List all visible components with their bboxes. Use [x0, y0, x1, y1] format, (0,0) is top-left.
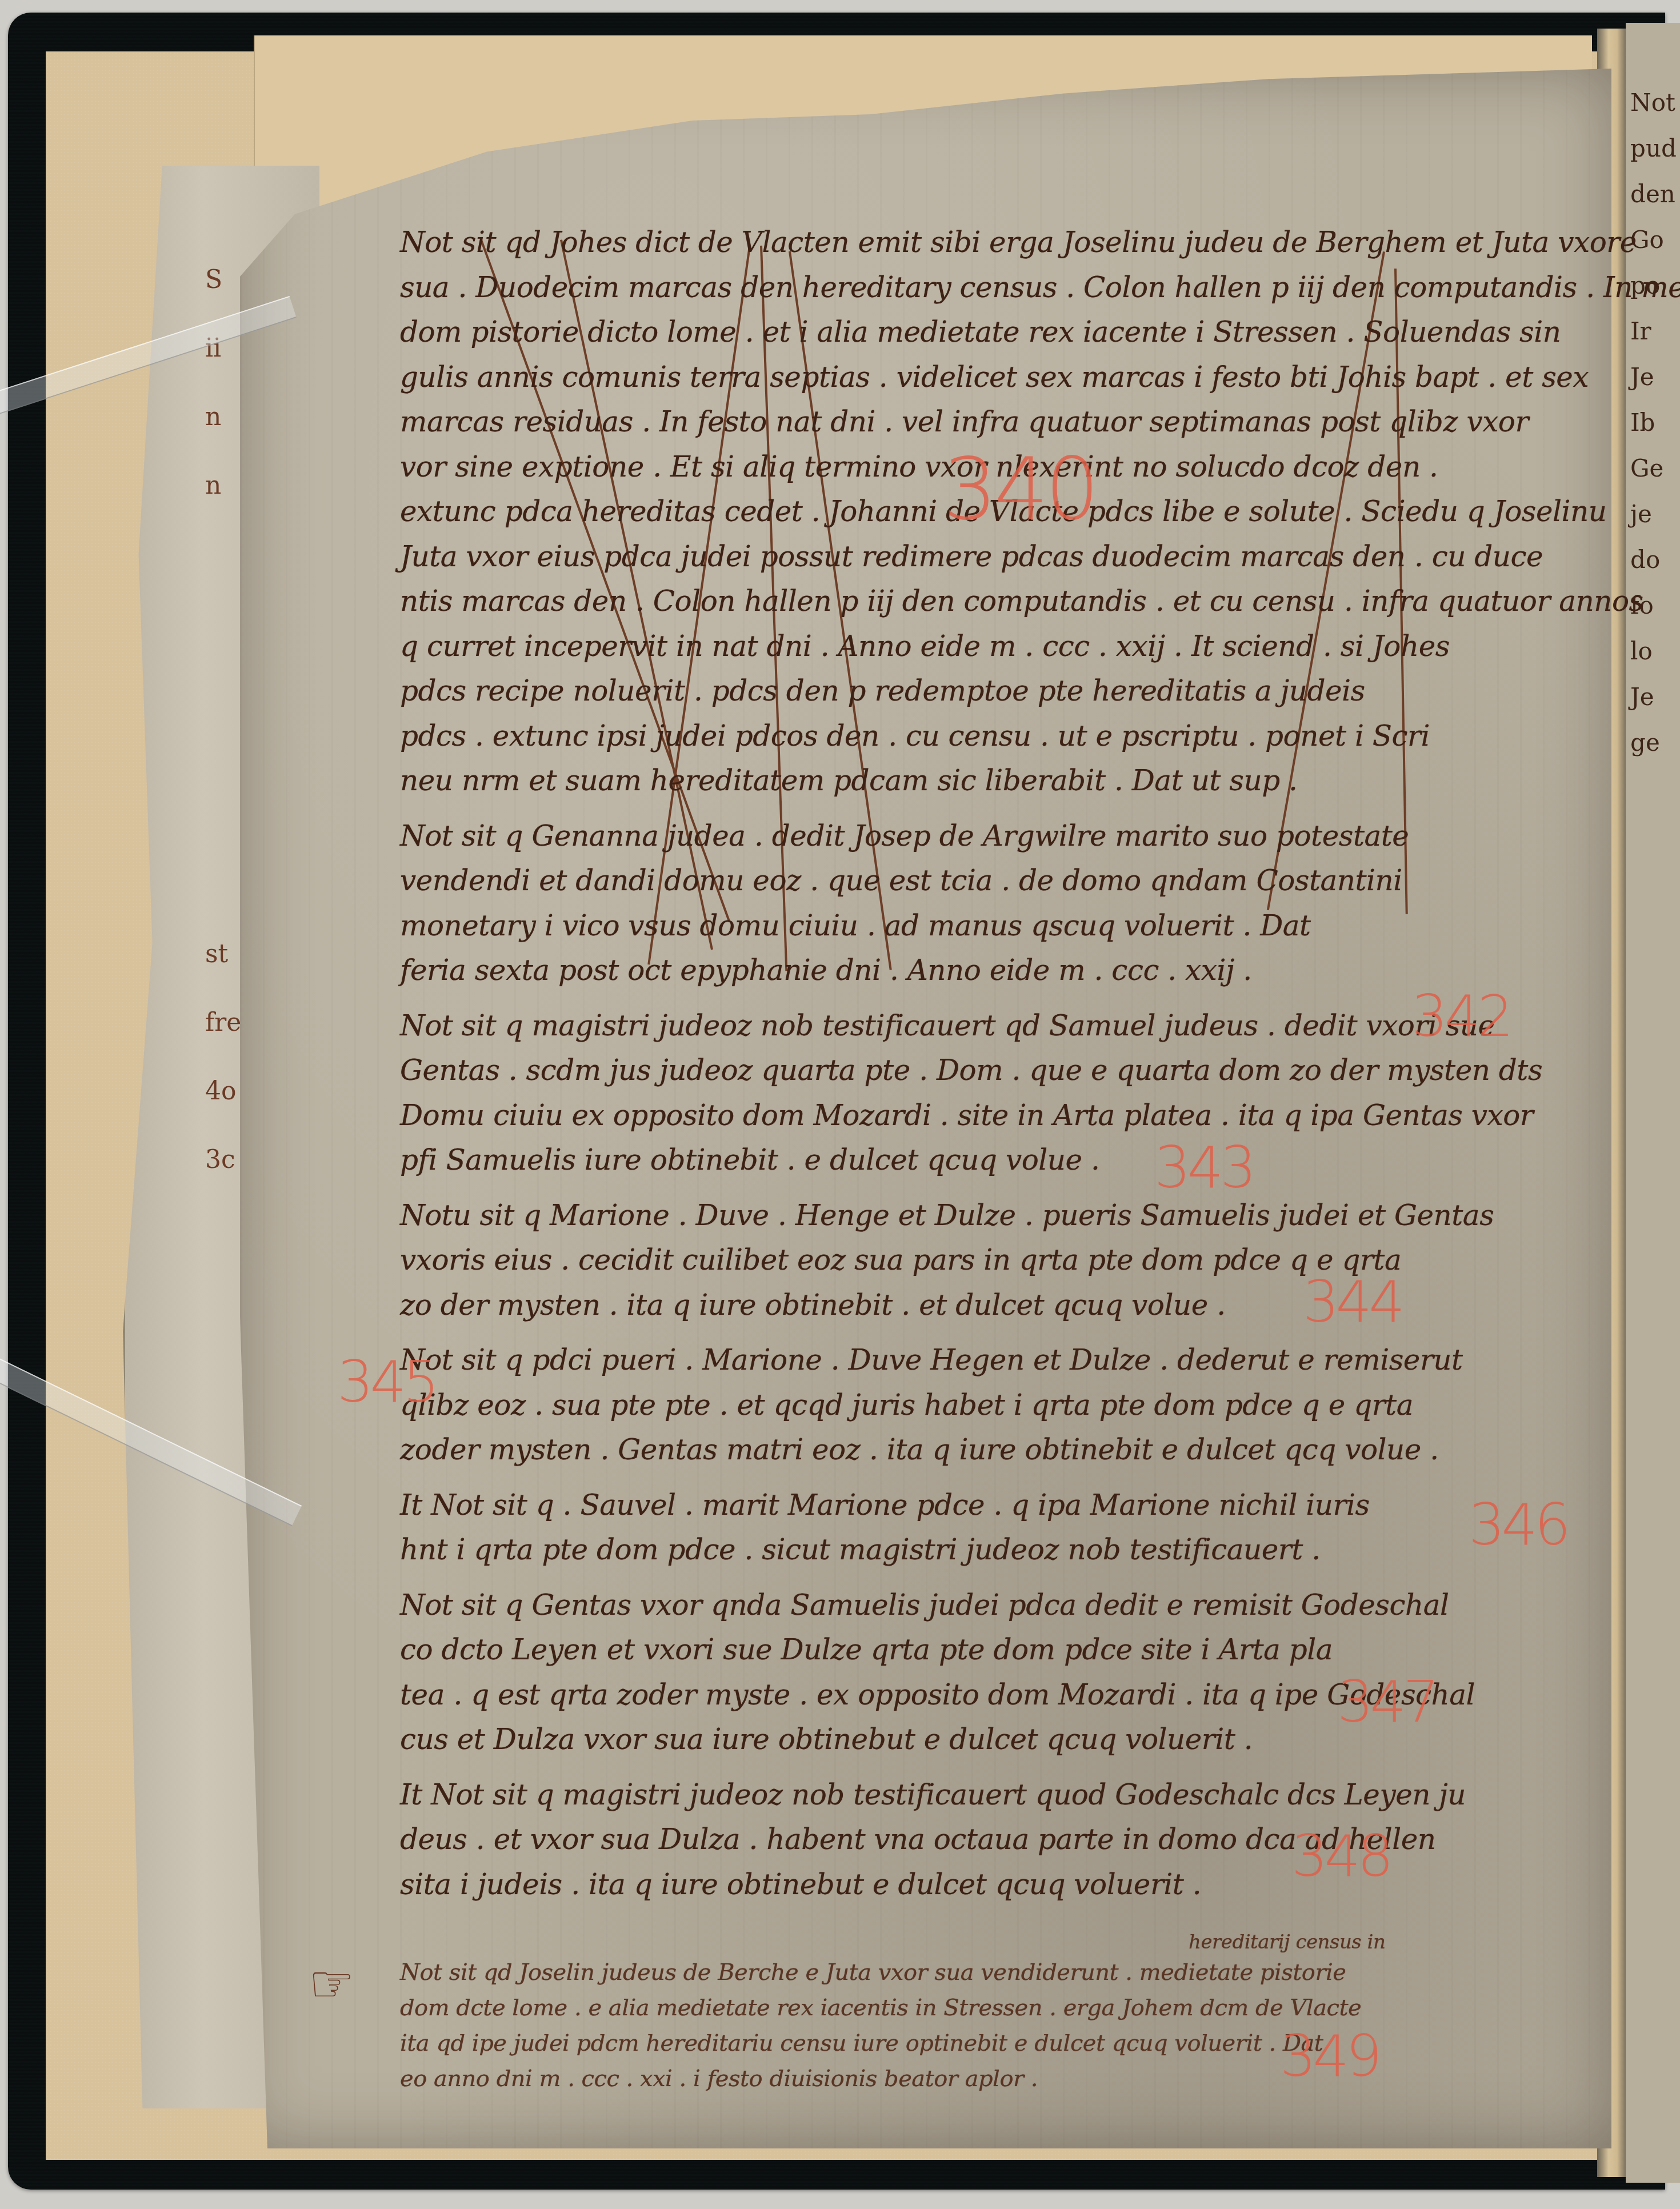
text-line: Not sit qd Joselin judeus de Berche e Ju…	[400, 1955, 1577, 1990]
right-page-fragment: Not pud den Go po Ir Je Ib Ge je do fo l…	[1626, 23, 1680, 2183]
text-line: dom dcte lome . e alia medietate rex iac…	[400, 1990, 1577, 2026]
interlinear-gloss: hereditarij census in	[400, 1930, 1577, 1955]
right-page-line: Ge	[1626, 446, 1680, 491]
text-line: It Not sit q . Sauvel . marit Marione pd…	[400, 1483, 1577, 1528]
right-page-line: ge	[1626, 720, 1680, 766]
manicule-sketch-icon: ☞	[309, 1954, 355, 2014]
entry-number-349: 349	[1280, 2023, 1379, 2090]
text-line: Not sit q Gentas vxor qnda Samuelis jude…	[400, 1583, 1577, 1628]
text-line: deus . et vxor sua Dulza . habent vna oc…	[400, 1817, 1577, 1862]
text-line: Domu ciuiu ex opposito dom Mozardi . sit…	[400, 1093, 1577, 1138]
text-line: co dcto Leyen et vxori sue Dulze qrta pt…	[400, 1627, 1577, 1672]
entry-345: Not sit q pdci pueri . Marione . Duve He…	[400, 1338, 1577, 1472]
text-line: qlibz eoz . sua pte pte . et qcqd juris …	[400, 1383, 1577, 1428]
text-line: Juta vxor eius pdca judei possut redimer…	[400, 534, 1577, 579]
text-line: pdcs recipe noluerit . pdcs den p redemp…	[400, 669, 1577, 714]
entry-348: It Not sit q magistri judeoz nob testifi…	[400, 1772, 1577, 1907]
text-line: vendendi et dandi domu eoz . que est tci…	[400, 858, 1577, 903]
entry-number-345: 345	[337, 1348, 436, 1415]
right-page-line: Je	[1626, 674, 1680, 720]
entry-346: It Not sit q . Sauvel . marit Marione pd…	[400, 1483, 1577, 1572]
text-line: sua . Duodecim marcas den hereditary cen…	[400, 265, 1577, 310]
text-line: zoder mysten . Gentas matri eoz . ita q …	[400, 1427, 1577, 1472]
text-line: Not sit q Genanna judea . dedit Josep de…	[400, 814, 1577, 859]
text-line: pfi Samuelis iure obtinebit . e dulcet q…	[400, 1138, 1577, 1183]
right-page-line: je	[1626, 491, 1680, 537]
entry-number-348: 348	[1291, 1823, 1390, 1890]
text-line: q curret incepervit in nat dni . Anno ei…	[400, 624, 1577, 669]
right-page-line: Je	[1626, 354, 1680, 400]
entry-343: Not sit q magistri judeoz nob testificau…	[400, 1003, 1577, 1183]
text-line: Gentas . scdm jus judeoz quarta pte . Do…	[400, 1048, 1577, 1093]
entry-number-343: 343	[1154, 1134, 1253, 1201]
text-line: It Not sit q magistri judeoz nob testifi…	[400, 1772, 1577, 1818]
text-line: marcas residuas . In festo nat dni . vel…	[400, 399, 1577, 445]
text-line: gulis annis comunis terra septias . vide…	[400, 355, 1577, 400]
text-line: neu nrm et suam hereditatem pdcam sic li…	[400, 758, 1577, 803]
text-line: pdcs . extunc ipsi judei pdcos den . cu …	[400, 714, 1577, 759]
entry-349: hereditarij census in Not sit qd Joselin…	[400, 1930, 1577, 2096]
right-page-line: pud	[1626, 126, 1680, 171]
text-line: eo anno dni m . ccc . xxi . i festo diui…	[400, 2061, 1577, 2096]
text-line: Notu sit q Marione . Duve . Henge et Dul…	[400, 1193, 1577, 1238]
entry-342: Not sit q Genanna judea . dedit Josep de…	[400, 814, 1577, 993]
text-line: Not sit qd Johes dict de Vlacten emit si…	[400, 220, 1577, 265]
right-page-line: Not	[1626, 80, 1680, 126]
text-line: dom pistorie dicto lome . et i alia medi…	[400, 310, 1577, 355]
text-line: monetary i vico vsus domu ciuiu . ad man…	[400, 903, 1577, 949]
right-page-line: Ir	[1626, 309, 1680, 354]
text-line: Not sit q magistri judeoz nob testificau…	[400, 1003, 1577, 1049]
text-line: Not sit q pdci pueri . Marione . Duve He…	[400, 1338, 1577, 1383]
entry-number-344: 344	[1303, 1268, 1402, 1335]
right-page-line: do	[1626, 537, 1680, 583]
text-line: sita i judeis . ita q iure obtinebut e d…	[400, 1862, 1577, 1907]
text-line: ita qd ipe judei pdcm hereditariu censu …	[400, 2026, 1577, 2061]
entry-number-340: 340	[943, 440, 1096, 539]
entry-number-346: 346	[1469, 1491, 1567, 1558]
entry-number-347: 347	[1337, 1668, 1436, 1735]
text-line: feria sexta post oct epyphanie dni . Ann…	[400, 948, 1577, 993]
right-page-line: Ib	[1626, 400, 1680, 446]
text-line: hnt i qrta pte dom pdce . sicut magistri…	[400, 1527, 1577, 1572]
right-page-line: den	[1626, 171, 1680, 217]
right-page-line: lo	[1626, 629, 1680, 674]
text-line: ntis marcas den . Colon hallen p iij den…	[400, 579, 1577, 624]
entry-number-342: 342	[1411, 983, 1510, 1050]
